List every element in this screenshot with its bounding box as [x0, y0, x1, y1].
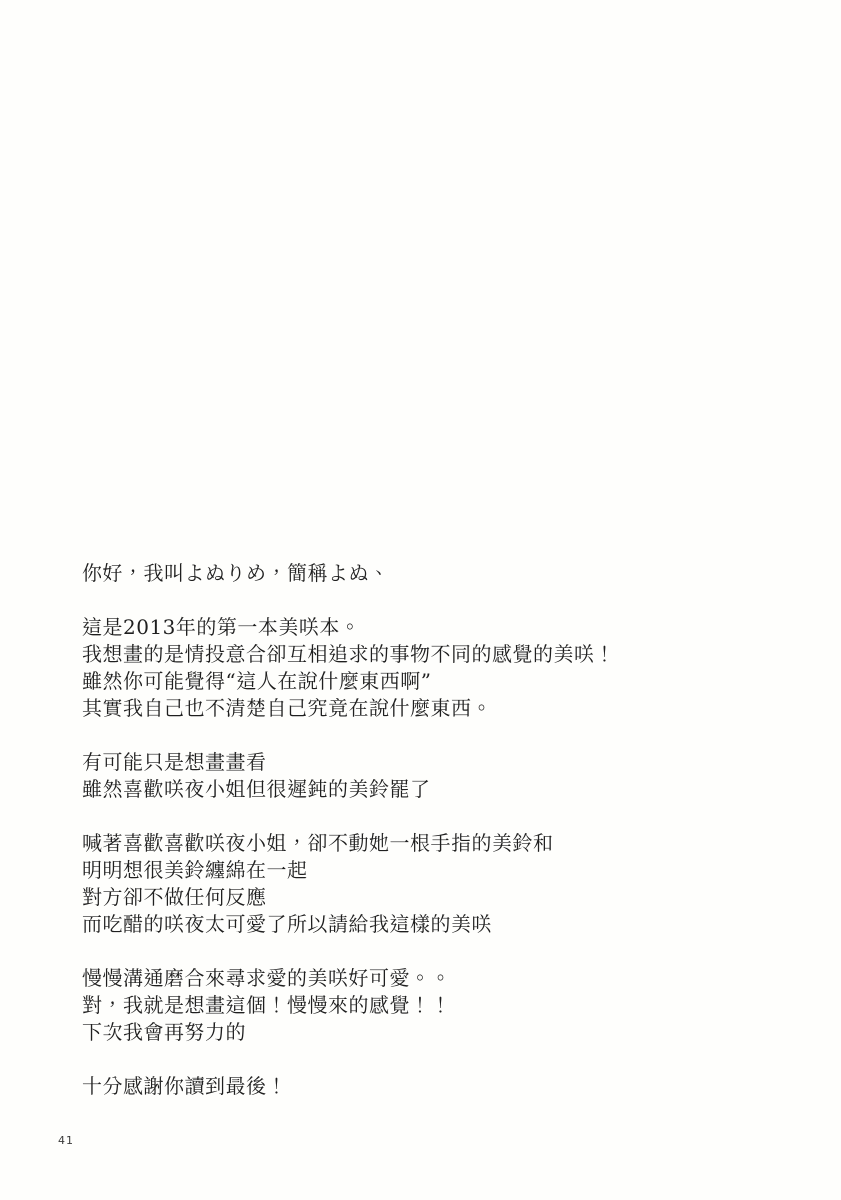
text-line: 下次我會再努力的 [82, 1019, 762, 1046]
page-number: 41 [58, 1134, 74, 1147]
paragraph-greeting: 你好，我叫よぬりめ，簡稱よぬ、 [82, 560, 762, 587]
text-line: 其實我自己也不清楚自己究竟在說什麼東西。 [82, 695, 762, 722]
text-line: 對，我就是想畫這個！慢慢來的感覺！！ [82, 992, 762, 1019]
paragraph-motivation: 有可能只是想畫畫看 雖然喜歡咲夜小姐但很遲鈍的美鈴罷了 [82, 749, 762, 803]
text-line: 喊著喜歡喜歡咲夜小姐，卻不動她一根手指的美鈴和 [82, 830, 762, 857]
text-line: 有可能只是想畫畫看 [82, 749, 762, 776]
paragraph-thanks: 十分感謝你讀到最後！ [82, 1073, 762, 1100]
text-line: 明明想很美鈴纏綿在一起 [82, 857, 762, 884]
afterword-text: 你好，我叫よぬりめ，簡稱よぬ、 這是2013年的第一本美咲本。 我想畫的是情投意… [82, 560, 762, 1100]
text-line: 對方卻不做任何反應 [82, 884, 762, 911]
text-line: 雖然喜歡咲夜小姐但很遲鈍的美鈴罷了 [82, 776, 762, 803]
afterword-page: 你好，我叫よぬりめ，簡稱よぬ、 這是2013年的第一本美咲本。 我想畫的是情投意… [0, 0, 841, 1200]
text-line: 你好，我叫よぬりめ，簡稱よぬ、 [82, 560, 762, 587]
text-line: 這是2013年的第一本美咲本。 [82, 614, 762, 641]
text-line: 而吃醋的咲夜太可愛了所以請給我這樣的美咲 [82, 911, 762, 938]
text-line: 慢慢溝通磨合來尋求愛的美咲好可愛。。 [82, 965, 762, 992]
paragraph-feelings: 慢慢溝通磨合來尋求愛的美咲好可愛。。 對，我就是想畫這個！慢慢來的感覺！！ 下次… [82, 965, 762, 1046]
paragraph-characters: 喊著喜歡喜歡咲夜小姐，卻不動她一根手指的美鈴和 明明想很美鈴纏綿在一起 對方卻不… [82, 830, 762, 938]
text-line: 十分感謝你讀到最後！ [82, 1073, 762, 1100]
text-line: 雖然你可能覺得“這人在說什麼東西啊” [82, 668, 762, 695]
text-line: 我想畫的是情投意合卻互相追求的事物不同的感覺的美咲！ [82, 641, 762, 668]
paragraph-book-intro: 這是2013年的第一本美咲本。 我想畫的是情投意合卻互相追求的事物不同的感覺的美… [82, 614, 762, 722]
